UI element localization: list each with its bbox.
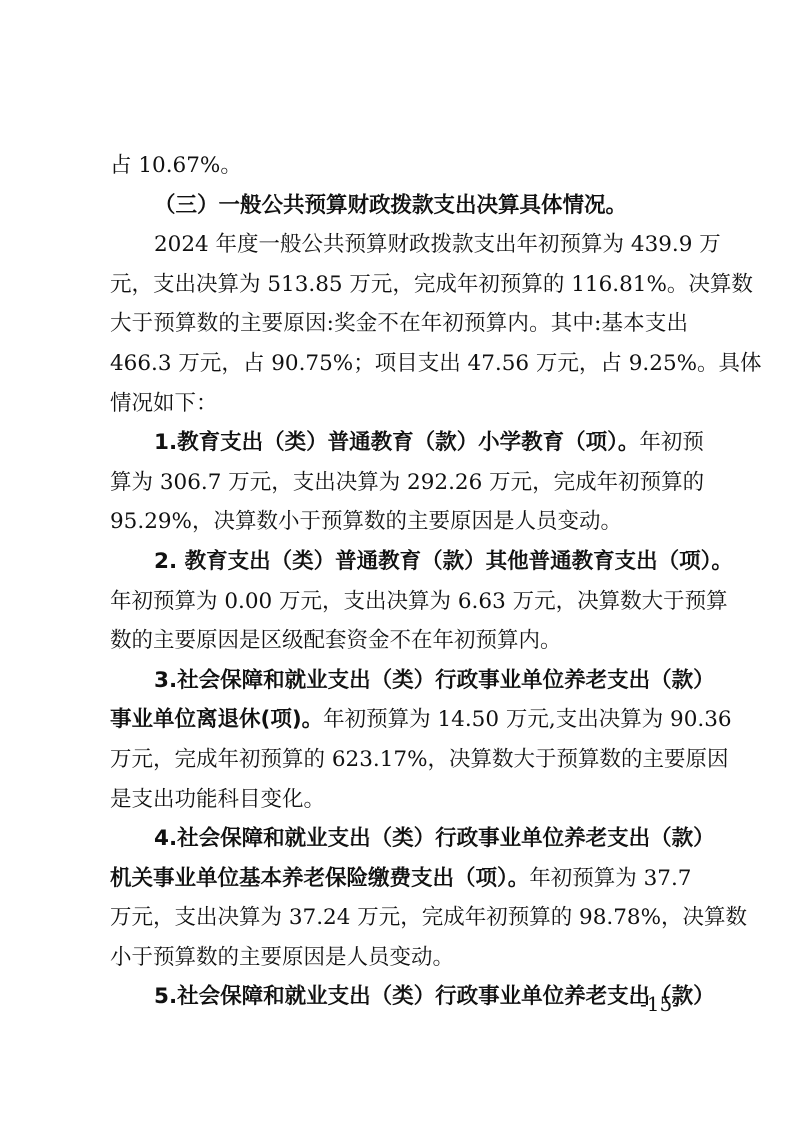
text-line: 算为 306.7 万元，支出决算为 292.26 万元，完成年初预算的 <box>110 463 688 503</box>
bold-heading-text: 3.社会保障和就业支出（类）行政事业单位养老支出（款） <box>154 668 715 693</box>
text-line: 466.3 万元，占 90.75%；项目支出 47.56 万元，占 9.25%。… <box>110 344 688 384</box>
bold-heading-text: 2. 教育支出（类）普通教育（款）其他普通教育支出（项）。 <box>154 549 733 574</box>
text-line: 2024 年度一般公共预算财政拨款支出年初预算为 439.9 万 <box>110 225 688 265</box>
body-text: 万元，完成年初预算的 623.17%，决算数大于预算数的主要原因 <box>110 747 729 772</box>
text-line: 数的主要原因是区级配套资金不在年初预算内。 <box>110 621 688 661</box>
bold-heading-text: （三）一般公共预算财政拨款支出决算具体情况。 <box>154 193 627 218</box>
text-line: 1.教育支出（类）普通教育（款）小学教育（项）。年初预 <box>110 423 688 463</box>
body-text: 大于预算数的主要原因:奖金不在年初预算内。其中:基本支出 <box>110 311 688 336</box>
body-text: 466.3 万元，占 90.75%；项目支出 47.56 万元，占 9.25%。… <box>110 351 762 376</box>
text-line: （三）一般公共预算财政拨款支出决算具体情况。 <box>110 186 688 226</box>
body-text: 数的主要原因是区级配套资金不在年初预算内。 <box>110 628 562 653</box>
text-line: 情况如下： <box>110 384 688 424</box>
body-text: 年初预算为 37.7 <box>529 866 691 891</box>
text-line: 是支出功能科目变化。 <box>110 780 688 820</box>
text-line: 3.社会保障和就业支出（类）行政事业单位养老支出（款） <box>110 661 688 701</box>
text-line: 机关事业单位基本养老保险缴费支出（项）。年初预算为 37.7 <box>110 859 688 899</box>
text-line: 元，支出决算为 513.85 万元，完成年初预算的 116.81%。决算数 <box>110 265 688 305</box>
bold-heading-text: 1.教育支出（类）普通教育（款）小学教育（项）。 <box>154 430 639 455</box>
body-text: 95.29%，决算数小于预算数的主要原因是人员变动。 <box>110 509 622 534</box>
body-text: 年初预 <box>639 430 704 455</box>
page-number: -15- <box>640 992 679 1016</box>
body-text: 元，支出决算为 513.85 万元，完成年初预算的 116.81%。决算数 <box>110 272 753 297</box>
text-line: 小于预算数的主要原因是人员变动。 <box>110 938 688 978</box>
text-line: 年初预算为 0.00 万元，支出决算为 6.63 万元，决算数大于预算 <box>110 582 688 622</box>
text-line: 占 10.67%。 <box>110 146 688 186</box>
text-line: 万元，支出决算为 37.24 万元，完成年初预算的 98.78%，决算数 <box>110 898 688 938</box>
bold-heading-text: 4.社会保障和就业支出（类）行政事业单位养老支出（款） <box>154 826 715 851</box>
text-line: 4.社会保障和就业支出（类）行政事业单位养老支出（款） <box>110 819 688 859</box>
document-body: 占 10.67%。（三）一般公共预算财政拨款支出决算具体情况。2024 年度一般… <box>110 146 688 1017</box>
bold-heading-text: 机关事业单位基本养老保险缴费支出（项）。 <box>110 866 529 891</box>
body-text: 2024 年度一般公共预算财政拨款支出年初预算为 439.9 万 <box>154 232 721 257</box>
body-text: 算为 306.7 万元，支出决算为 292.26 万元，完成年初预算的 <box>110 470 704 495</box>
body-text: 占 10.67%。 <box>110 153 242 178</box>
body-text: 年初预算为 14.50 万元,支出决算为 90.36 <box>323 707 731 732</box>
bold-heading-text: 事业单位离退休(项)。 <box>110 707 323 732</box>
text-line: 95.29%，决算数小于预算数的主要原因是人员变动。 <box>110 502 688 542</box>
body-text: 小于预算数的主要原因是人员变动。 <box>110 945 454 970</box>
bold-heading-text: 5.社会保障和就业支出（类）行政事业单位养老支出（款） <box>154 984 715 1009</box>
text-line: 大于预算数的主要原因:奖金不在年初预算内。其中:基本支出 <box>110 304 688 344</box>
body-text: 是支出功能科目变化。 <box>110 787 325 812</box>
body-text: 情况如下： <box>110 391 218 416</box>
text-line: 5.社会保障和就业支出（类）行政事业单位养老支出（款） <box>110 977 688 1017</box>
text-line: 2. 教育支出（类）普通教育（款）其他普通教育支出（项）。 <box>110 542 688 582</box>
text-line: 事业单位离退休(项)。年初预算为 14.50 万元,支出决算为 90.36 <box>110 700 688 740</box>
body-text: 年初预算为 0.00 万元，支出决算为 6.63 万元，决算数大于预算 <box>110 589 728 614</box>
body-text: 万元，支出决算为 37.24 万元，完成年初预算的 98.78%，决算数 <box>110 905 747 930</box>
text-line: 万元，完成年初预算的 623.17%，决算数大于预算数的主要原因 <box>110 740 688 780</box>
